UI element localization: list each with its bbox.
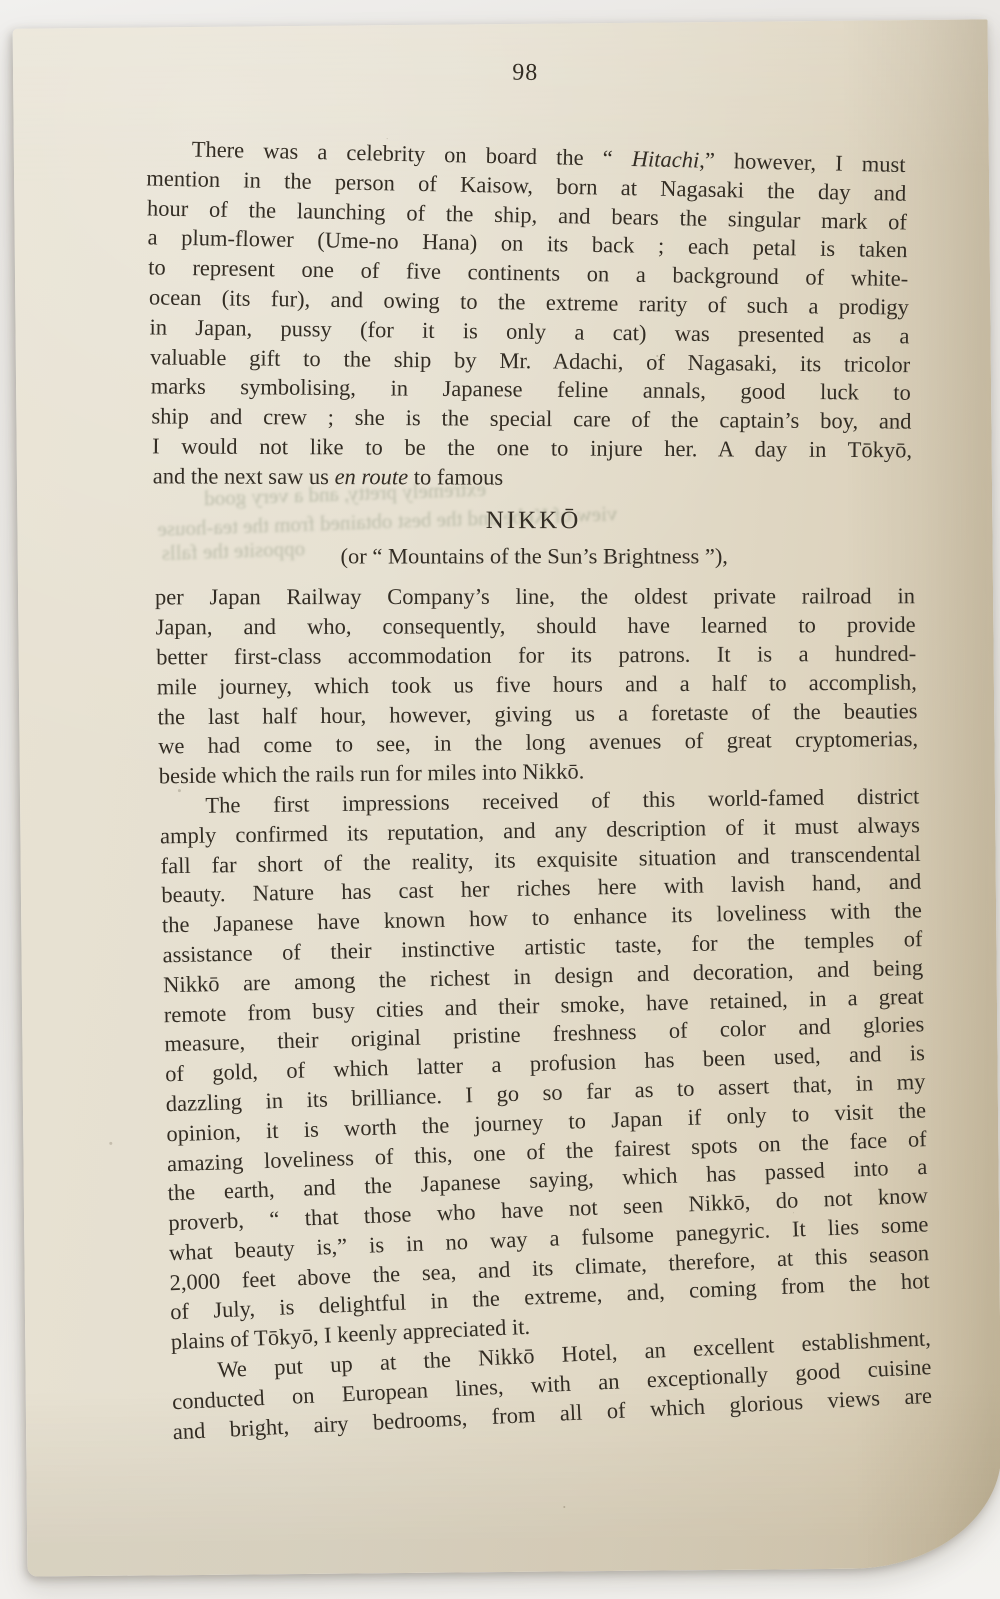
text-line: per Japan Railway Company’s line, the ol… bbox=[155, 582, 915, 613]
paragraph: The first impressions received of this w… bbox=[152, 784, 917, 1357]
photo-background: 98 There was a celebrity on board the “ … bbox=[0, 0, 1000, 1599]
subheading-block: (or “ Mountains of the Sun’s Brightness … bbox=[150, 534, 910, 571]
page-content: 98 There was a celebrity on board the “ … bbox=[145, 56, 918, 1447]
italic-text: en route bbox=[335, 464, 409, 489]
paragraph: There was a celebrity on board the “ Hit… bbox=[146, 126, 909, 491]
book-page: 98 There was a celebrity on board the “ … bbox=[13, 19, 1000, 1576]
paragraph: We put up at the Nikkō Hotel, an excelle… bbox=[157, 1350, 918, 1447]
text-flow: There was a celebrity on board the “ Hit… bbox=[146, 126, 919, 1447]
italic-text: Hitachi bbox=[632, 146, 700, 172]
text-line: (or “ Mountains of the Sun’s Brightness … bbox=[154, 541, 914, 571]
text-segment: ,” however, I must bbox=[699, 148, 906, 177]
page-number: 98 bbox=[145, 53, 906, 105]
paragraph: per Japan Railway Company’s line, the ol… bbox=[150, 575, 912, 791]
text-line: I would not like to be the one to injure… bbox=[152, 431, 912, 465]
text-line: better first-class accommodation for its… bbox=[156, 639, 916, 672]
text-line: NIKKŌ bbox=[153, 504, 913, 537]
text-segment: to famous bbox=[408, 464, 503, 489]
heading-block: NIKKŌ bbox=[149, 497, 909, 536]
text-line: Japan, and who, consequently, should hav… bbox=[156, 610, 916, 642]
text-line: and the next saw us en route to famous bbox=[153, 461, 913, 493]
text-segment: and the next saw us bbox=[153, 463, 335, 489]
